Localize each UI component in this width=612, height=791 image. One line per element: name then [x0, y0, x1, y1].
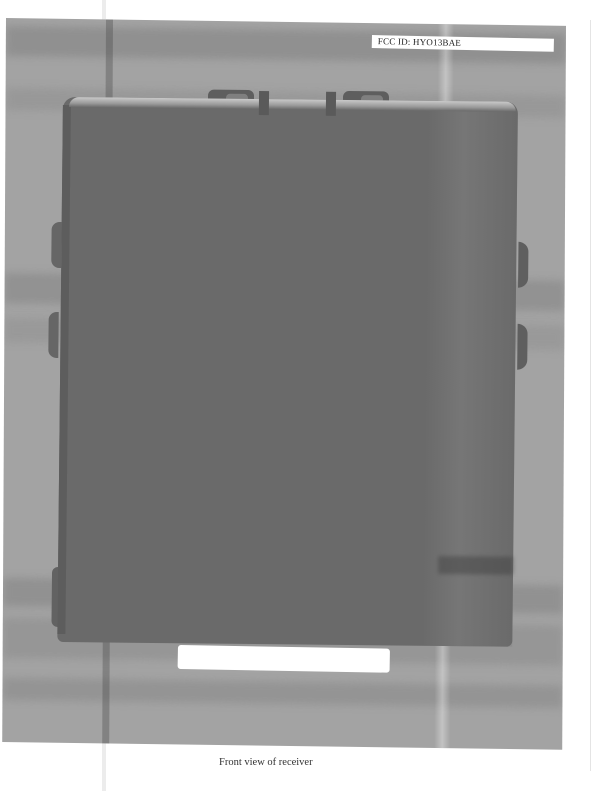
receiver-device: [57, 97, 518, 647]
side-clip-left-upper: [51, 222, 61, 268]
masked-label-bar: [178, 645, 390, 673]
document-page: FCC ID: HYO13BAE Front view of receiver: [0, 0, 612, 791]
figure-caption: Front view of receiver: [0, 757, 612, 768]
shadow-stripe: [438, 556, 513, 575]
rail-post-right: [326, 92, 336, 116]
rail-post-left: [259, 91, 269, 115]
side-clip-left-lower: [48, 312, 58, 358]
side-clip-right-lower: [517, 324, 527, 370]
scan-margin-line: [590, 20, 591, 771]
background-band: [2, 678, 562, 708]
side-clip-right-upper: [518, 242, 528, 288]
